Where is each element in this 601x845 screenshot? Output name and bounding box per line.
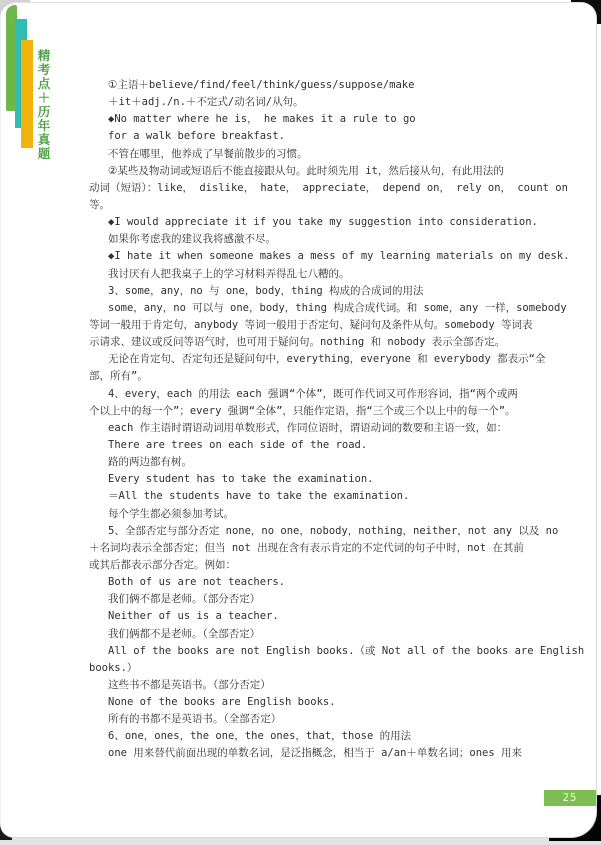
text-line: 如果你考虑我的建议我将感激不尽。 [89,231,521,248]
text-line: 这些书不都是英语书。（部分否定） [89,677,521,694]
sidebar-tab-label: 精考点＋历年真题 [34,49,52,161]
text-line: 个以上中的每一个”；every 强调“全体”，只能作定语，指“三个或三个以上中的… [89,403,521,420]
text-line: 每个学生都必须参加考试。 [89,506,521,523]
text-line: 我们俩不都是老师。（部分否定） [89,591,521,608]
text-line: 3、some，any，no 与 one，body，thing 构成的合成词的用法 [89,283,521,300]
text-line: 示请求、建议或反问等语气时，也可用于疑问句。nothing 和 nobody 表… [89,334,521,351]
text-line: ②某些及物动词或短语后不能直接跟从句。此时须先用 it，然后接从句，有此用法的 [89,163,521,180]
text-line: for a walk before breakfast. [89,128,521,145]
text-line: ＋it＋adj./n.＋不定式/动名词/从句。 [89,94,521,111]
text-line: 不管在哪里，他养成了早餐前散步的习惯。 [89,146,521,163]
text-line: 5、全部否定与部分否定 none，no one，nobody，nothing，n… [89,523,521,540]
text-line: All of the books are not English books.（… [89,643,521,660]
text-line: 部，所有”。 [89,368,521,385]
text-line: ◆No matter where he is， he makes it a ru… [89,111,521,128]
text-line: 等词一般用于肯定句，anybody 等词一般用于否定句、疑问句及条件从句。som… [89,317,521,334]
text-line: ＋名词均表示全部否定；但当 not 出现在含有表示肯定的不定代词的句子中时，no… [89,540,521,557]
text-line: 等。 [89,197,521,214]
text-line: 或其后都表示部分否定。例如： [89,557,521,574]
text-line: ①主语＋believe/find/feel/think/guess/suppos… [89,77,521,94]
text-line: Neither of us is a teacher. [89,608,521,625]
text-line: ◆I would appreciate it if you take my su… [89,214,521,231]
text-line: 6、one，ones，the one，the ones，that，those 的… [89,728,521,745]
sidebar-bar-yellow [21,40,33,148]
text-line: books.） [89,660,521,677]
text-line: one 用来替代前面出现的单数名词，是泛指概念，相当于 a/an＋单数名词；on… [89,745,521,762]
page-number-badge: 25 [544,790,596,806]
text-line: Every student has to take the examinatio… [89,471,521,488]
text-line: ＝All the students have to take the exami… [89,488,521,505]
text-line: 我讨厌有人把我桌子上的学习材料弄得乱七八糟的。 [89,266,521,283]
text-line: each 作主语时谓语动词用单数形式，作同位语时，谓语动词的数要和主语一致，如： [89,420,521,437]
text-line: some，any，no 可以与 one，body，thing 构成合成代词。和 … [89,300,521,317]
body-text: ①主语＋believe/find/feel/think/guess/suppos… [89,77,521,763]
text-line: ◆I hate it when someone makes a mess of … [89,248,521,265]
text-line: 所有的书都不是英语书。（全部否定） [89,711,521,728]
text-line: 4、every，each 的用法 each 强调“个体”，既可作代词又可作形容词… [89,386,521,403]
text-line: 无论在肯定句、否定句还是疑问句中，everything，everyone 和 e… [89,351,521,368]
text-line: There are trees on each side of the road… [89,437,521,454]
text-line: Both of us are not teachers. [89,574,521,591]
text-line: 动词（短语）：like， dislike， hate， appreciate， … [89,180,521,197]
book-page: 精考点＋历年真题 ①主语＋believe/find/feel/think/gue… [0,2,597,838]
text-line: 我们俩都不是老师。（全部否定） [89,626,521,643]
text-line: None of the books are English books. [89,694,521,711]
text-line: 路的两边都有树。 [89,454,521,471]
